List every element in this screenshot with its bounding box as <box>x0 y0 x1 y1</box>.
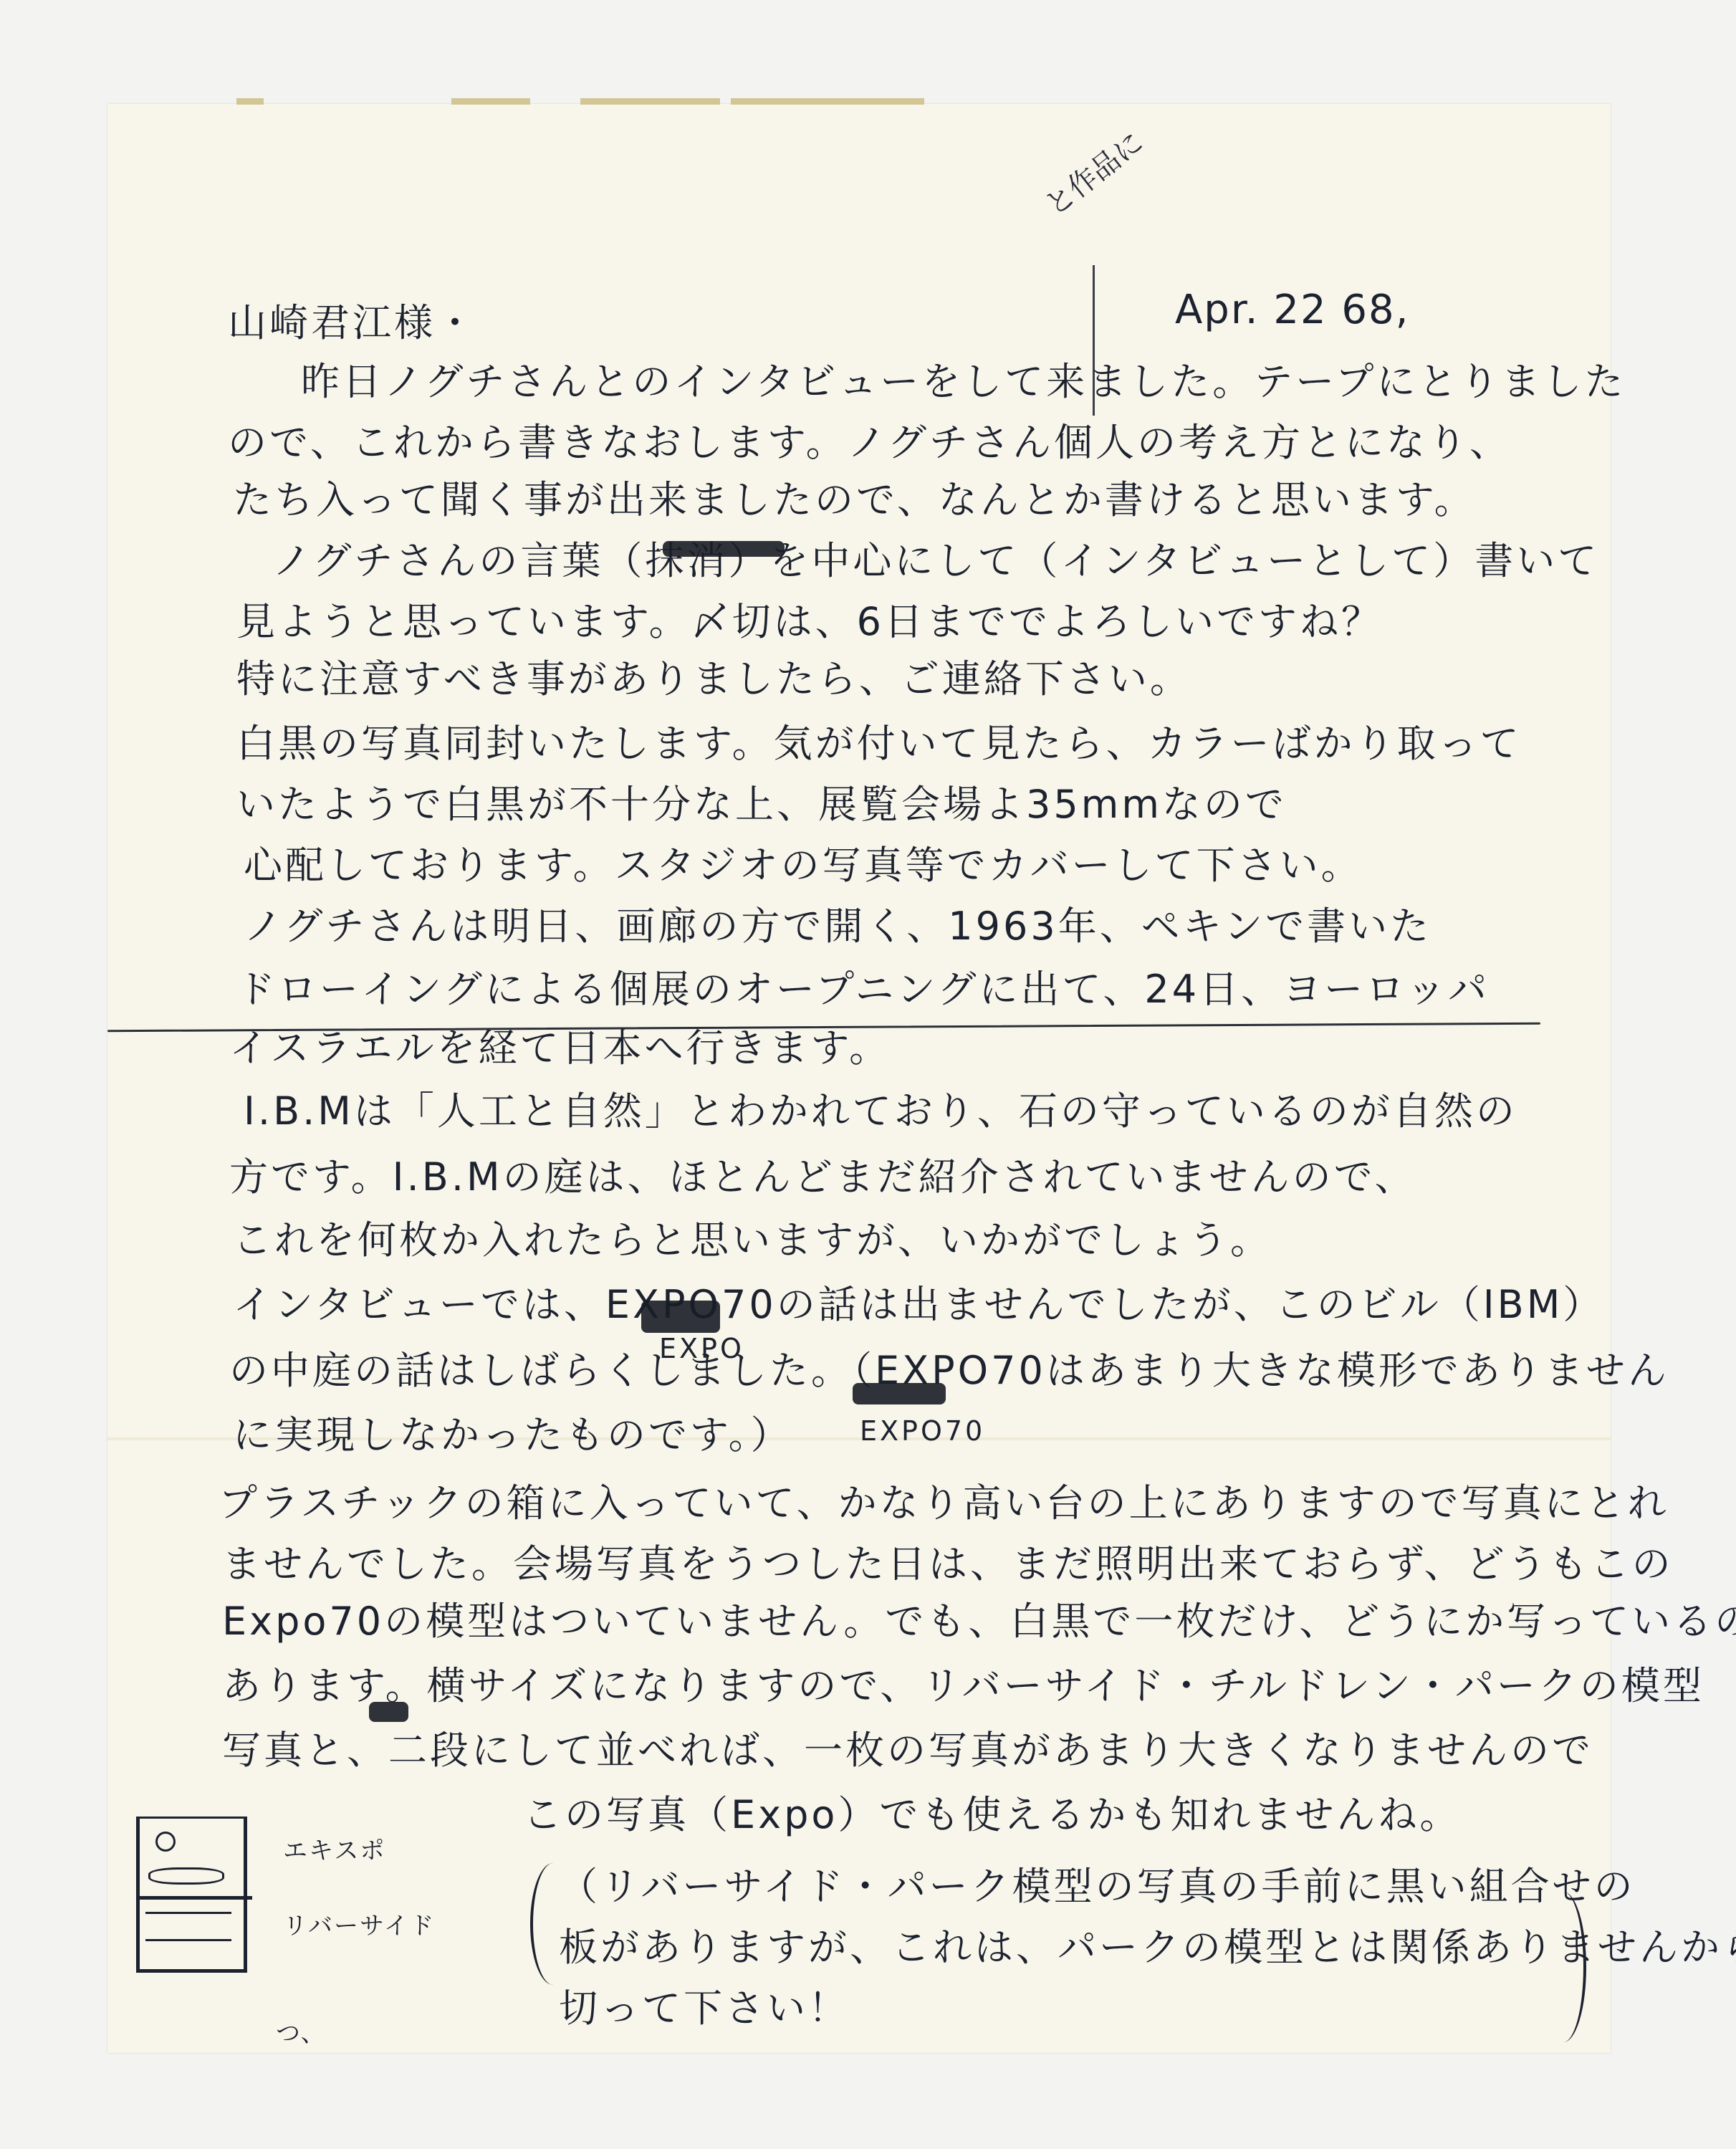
tape-residue <box>580 98 720 105</box>
text-line: Expo70の模型はついていません。でも、白黒で一枚だけ、どうにか写っているのが <box>222 1591 1736 1646</box>
text-line: 写真と、二段にして並べれば、一枚の写真があまり大きくなりませんので <box>222 1720 1593 1775</box>
parenthesis-close <box>1540 1892 1586 2042</box>
text-line: I.B.Mは「人工と自然」とわかれており、石の守っているのが自然の <box>244 1081 1517 1136</box>
text-line: 白黒の写真同封いたします。気が付いて見たら、カラーばかり取って <box>236 713 1522 768</box>
layout-sketch <box>136 1817 247 1973</box>
text-line: いたようで白黒が不十分な上、展覧会場よ35mmなので <box>236 774 1287 829</box>
inline-annotation: EXPO70 <box>860 1415 985 1447</box>
sketch-label-riverside: リバーサイド <box>283 1906 436 1941</box>
strikethrough-mark <box>641 1301 720 1333</box>
text-line: 切って下さい！ <box>559 1978 850 2033</box>
text-line: これを何枚か入れたらと思いますが、いかがでしょう。 <box>233 1210 1272 1265</box>
sketch-divider <box>136 1896 252 1900</box>
text-line: 昨日ノグチさんとのインタビューをして来ました。テープにとりました <box>301 351 1626 406</box>
tape-residue <box>451 98 530 105</box>
sketch-label-expo: エキスポ <box>283 1831 385 1866</box>
text-line: （リバーサイド・パーク模型の写真の手前に黒い組合せの <box>559 1856 1636 1911</box>
text-line: ので、これから書きなおします。ノグチさん個人の考え方とになり、 <box>228 412 1511 467</box>
text-line: 特に注意すべき事がありましたら、ご連絡下さい。 <box>236 648 1191 704</box>
strikethrough-mark <box>853 1383 946 1404</box>
strikethrough-mark <box>663 541 785 557</box>
text-line: 見ようと思っています。〆切は、6日まででよろしいですね？ <box>236 591 1383 646</box>
text-line: 方です。I.B.Mの庭は、ほとんどまだ紹介されていませんので、 <box>229 1147 1416 1202</box>
tape-residue <box>731 98 924 105</box>
text-line: の中庭の話はしばらくしました。（EXPO70はあまり大きな模形でありません <box>229 1340 1669 1395</box>
tape-residue <box>236 98 264 105</box>
text-line: ませんでした。会場写真をうつした日は、まだ照明出来ておらず、どうもこの <box>222 1533 1674 1589</box>
text-line: ノグチさんは明日、画廊の方で開く、1963年、ペキンで書いた <box>244 896 1432 951</box>
park-model-icon <box>145 1912 231 1941</box>
text-line: ノグチさんの言葉（抹消）を中心にして（インタビューとして）書いて <box>272 530 1599 585</box>
text-line: インタビューでは、EXPO70の話は出ませんでしたが、このビル（IBM） <box>233 1274 1604 1329</box>
salutation: 山崎君江様・ <box>228 292 477 348</box>
text-line: あります。横サイズになりますので、リバーサイド・チルドレン・パークの模型 <box>222 1655 1704 1710</box>
text-line: たち入って聞く事が出来ましたので、なんとか書けると思います。 <box>233 469 1476 525</box>
text-line: 心配しております。スタジオの写真等でカバーして下さい。 <box>244 835 1363 890</box>
text-line: ドローイングによる個展のオープニングに出て、24日、ヨーロッパ <box>236 959 1490 1014</box>
sculpture-figure-icon <box>155 1832 176 1852</box>
letter-date: Apr. 22 68, <box>1175 287 1409 333</box>
model-base-icon <box>148 1867 224 1885</box>
text-line: プラスチックの箱に入っていて、かなり高い台の上にありますので写真にとれ <box>219 1473 1669 1528</box>
text-line: この写真（Expo）でも使えるかも知れませんね。 <box>523 1784 1461 1839</box>
page-continuation-mark: つ、 <box>276 2014 327 2049</box>
text-line: に実現しなかったものです。） <box>233 1404 792 1460</box>
